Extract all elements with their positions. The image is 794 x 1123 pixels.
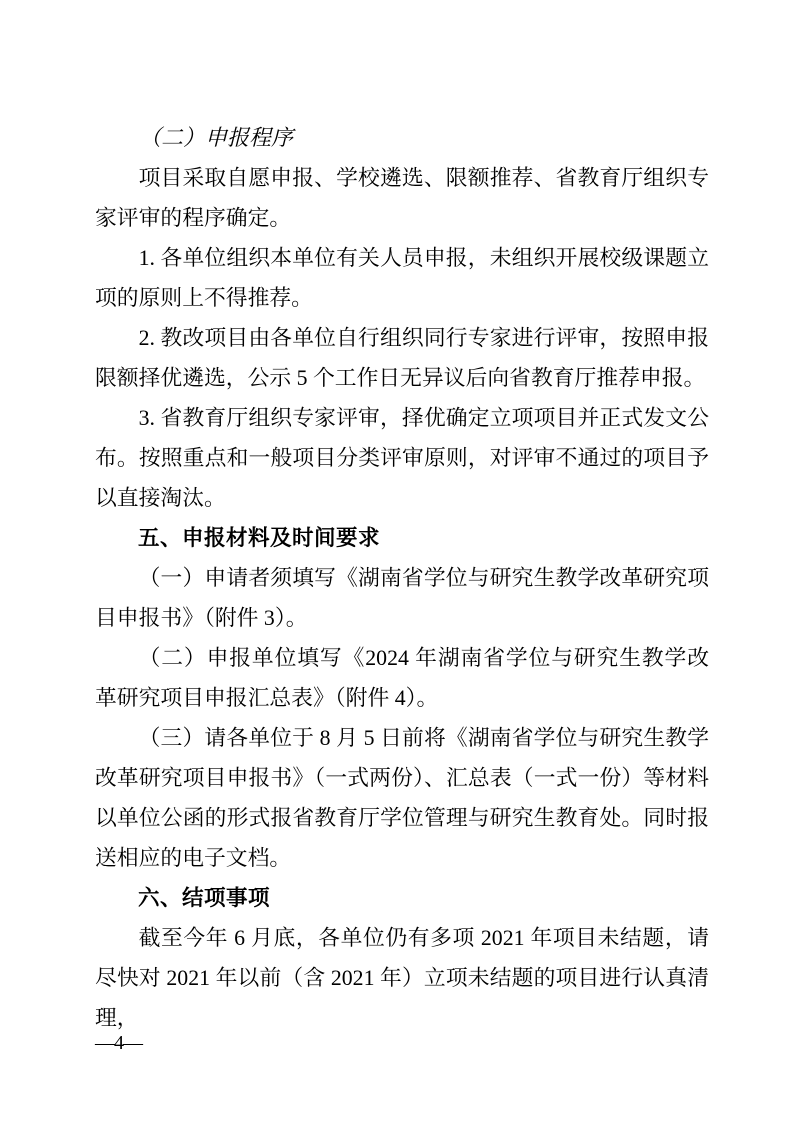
paragraph-procedure-item-2: 2. 教改项目由各单位自行组织同行专家进行评审，按照申报限额择优遴选，公示 5 …	[95, 318, 709, 398]
paragraph-materials-item-3: （三）请各单位于 8 月 5 日前将《湖南省学位与研究生教学改革研究项目申报书》…	[95, 718, 709, 878]
paragraph-procedure-intro: 项目采取自愿申报、学校遴选、限额推荐、省教育厅组织专家评审的程序确定。	[95, 158, 709, 238]
paragraph-materials-item-2: （二）申报单位填写《2024 年湖南省学位与研究生教学改革研究项目申报汇总表》（…	[95, 638, 709, 718]
paragraph-procedure-item-1: 1. 各单位组织本单位有关人员申报，未组织开展校级课题立项的原则上不得推荐。	[95, 238, 709, 318]
paragraph-procedure-item-3: 3. 省教育厅组织专家评审，择优确定立项项目并正式发文公布。按照重点和一般项目分…	[95, 398, 709, 518]
section-heading-project-closing: 六、结项事项	[95, 878, 709, 918]
page-number: —4—	[95, 1032, 142, 1054]
section-heading-materials-and-deadline: 五、申报材料及时间要求	[95, 518, 709, 558]
paragraph-closing-intro: 截至今年 6 月底，各单位仍有多项 2021 年项目未结题，请尽快对 2021 …	[95, 918, 709, 1038]
document-page: （二）申报程序 项目采取自愿申报、学校遴选、限额推荐、省教育厅组织专家评审的程序…	[0, 0, 794, 1123]
section-heading-application-procedure: （二）申报程序	[95, 118, 709, 158]
document-body: （二）申报程序 项目采取自愿申报、学校遴选、限额推荐、省教育厅组织专家评审的程序…	[95, 118, 709, 1038]
paragraph-materials-item-1: （一）申请者须填写《湖南省学位与研究生教学改革研究项目申报书》（附件 3）。	[95, 558, 709, 638]
